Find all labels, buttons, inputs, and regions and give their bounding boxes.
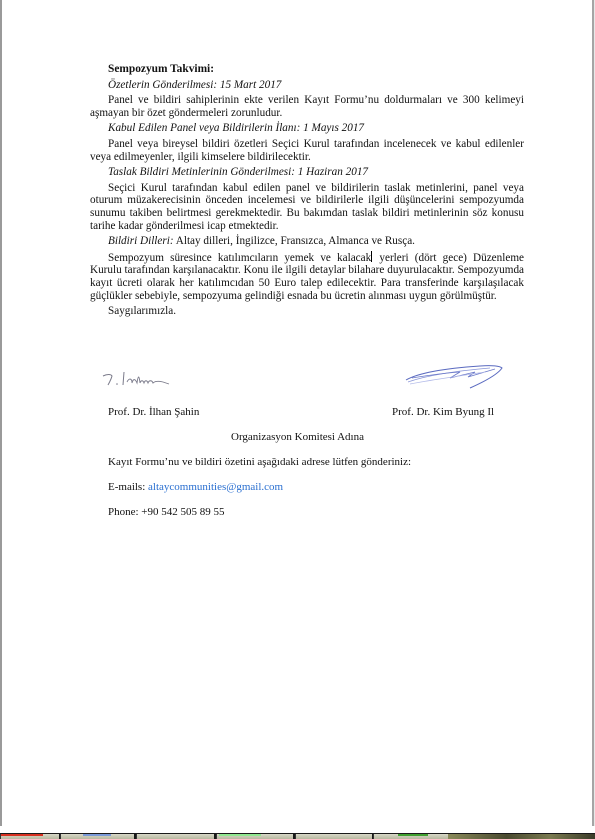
- closing-text: Saygılarımızla.: [90, 305, 524, 318]
- taskbar-button-2[interactable]: [60, 834, 134, 839]
- taskbar-button-1[interactable]: [0, 834, 59, 839]
- signature-right-image: [400, 358, 508, 390]
- draft-deadline-label: Taslak Bildiri Metinlerinin Gönderilmesi…: [90, 166, 524, 179]
- committee-line: Organizasyon Komitesi Adına: [0, 431, 595, 443]
- email-link[interactable]: altaycommunities@gmail.com: [148, 481, 283, 493]
- signatory-left-name: Prof. Dr. İlhan Şahin: [108, 406, 199, 418]
- languages-value: Altay dilleri, İngilizce, Fransızca, Alm…: [174, 235, 415, 247]
- email-label: E-mails:: [108, 481, 148, 493]
- taskbar-button-3[interactable]: [136, 834, 214, 839]
- draft-deadline-body: Seçici Kurul tarafından kabul edilen pan…: [90, 182, 524, 232]
- send-instruction: Kayıt Formu’nu ve bildiri özetini aşağıd…: [108, 456, 411, 468]
- taskbar-button-6[interactable]: [373, 834, 448, 839]
- taskbar-button-2-indicator: [83, 834, 111, 836]
- taskbar-button-5[interactable]: [295, 834, 372, 839]
- desktop-wallpaper-strip: [448, 834, 595, 839]
- signature-left-image: [97, 366, 183, 390]
- acceptance-date-body: Panel veya bireysel bildiri özetleri Seç…: [90, 138, 524, 163]
- languages-line: Bildiri Dilleri: Altay dilleri, İngilizc…: [90, 235, 524, 248]
- taskbar-button-6-indicator: [398, 834, 428, 836]
- schedule-heading: Sempozyum Takvimi:: [90, 63, 524, 76]
- accommodation-text-start: Sempozyum süresince katılımcıların yemek…: [108, 252, 371, 264]
- taskbar-button-4[interactable]: [216, 834, 293, 839]
- abstract-deadline-body: Panel ve bildiri sahiplerinin ekte veril…: [90, 94, 524, 119]
- taskbar-button-4-indicator: [219, 834, 261, 836]
- taskbar-button-1-indicator: [1, 834, 43, 836]
- email-line: E-mails: altaycommunities@gmail.com: [108, 481, 283, 493]
- acceptance-date-label: Kabul Edilen Panel veya Bildirilerin İla…: [90, 122, 524, 135]
- signatory-right-name: Prof. Dr. Kim Byung Il: [392, 406, 494, 418]
- languages-label: Bildiri Dilleri:: [108, 235, 174, 247]
- phone-line: Phone: +90 542 505 89 55: [108, 506, 225, 518]
- page-left-edge: [0, 0, 2, 826]
- abstract-deadline-label: Özetlerin Gönderilmesi: 15 Mart 2017: [90, 79, 524, 92]
- document-body[interactable]: Sempozyum Takvimi: Özetlerin Gönderilmes…: [90, 63, 524, 321]
- accommodation-paragraph: Sempozyum süresince katılımcıların yemek…: [90, 251, 524, 302]
